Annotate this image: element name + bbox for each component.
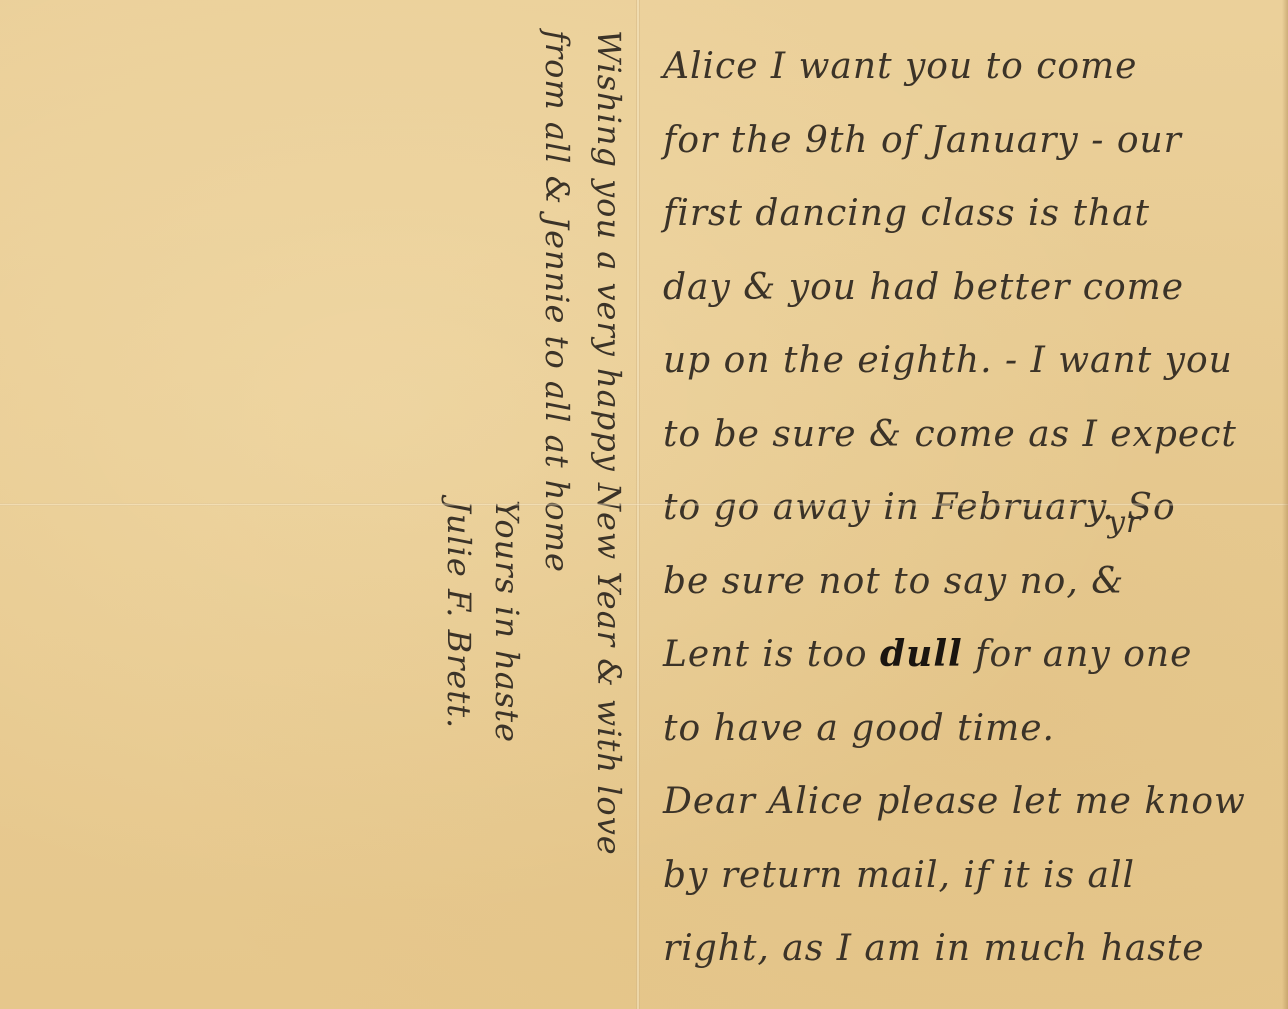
letter-line: right, as I am in much haste xyxy=(663,912,1273,986)
paper-edge xyxy=(1282,0,1288,1009)
letter-line: by return mail, if it is all xyxy=(663,839,1273,913)
letter-line: Alice I want you to come xyxy=(663,30,1273,104)
letter-line: be sure not to say no, & xyxy=(663,545,1273,619)
letter-line: to go away in February. So xyxy=(663,471,1273,545)
insertion-mark: yr xyxy=(1108,505,1141,540)
closing: Yours in haste xyxy=(483,500,531,930)
letter-line: to have a good time. xyxy=(663,692,1273,766)
signature: Julie F. Brett. xyxy=(435,500,483,930)
letter-line: up on the eighth. - I want you xyxy=(663,324,1273,398)
letter-line: first dancing class is that xyxy=(663,177,1273,251)
postscript-line: Wishing you a very happy New Year & with… xyxy=(583,30,635,930)
letter-line: Dear Alice please let me know xyxy=(663,765,1273,839)
emphasized-word: dull xyxy=(880,633,963,675)
postscript-line: from all & Jennie to all at home xyxy=(531,30,583,930)
letter-scan: Wishing you a very happy New Year & with… xyxy=(0,0,1288,1009)
letter-body: Alice I want you to come for the 9th of … xyxy=(663,30,1273,986)
postscript-rotated: Wishing you a very happy New Year & with… xyxy=(435,30,635,930)
signature-block: Yours in haste Julie F. Brett. xyxy=(435,500,531,930)
horizontal-fold-line xyxy=(0,503,1288,506)
letter-line: for the 9th of January - our xyxy=(663,104,1273,178)
letter-line: Lent is too dull for any one xyxy=(663,618,1273,692)
letter-line: day & you had better come xyxy=(663,251,1273,325)
letter-line: to be sure & come as I expect xyxy=(663,398,1273,472)
